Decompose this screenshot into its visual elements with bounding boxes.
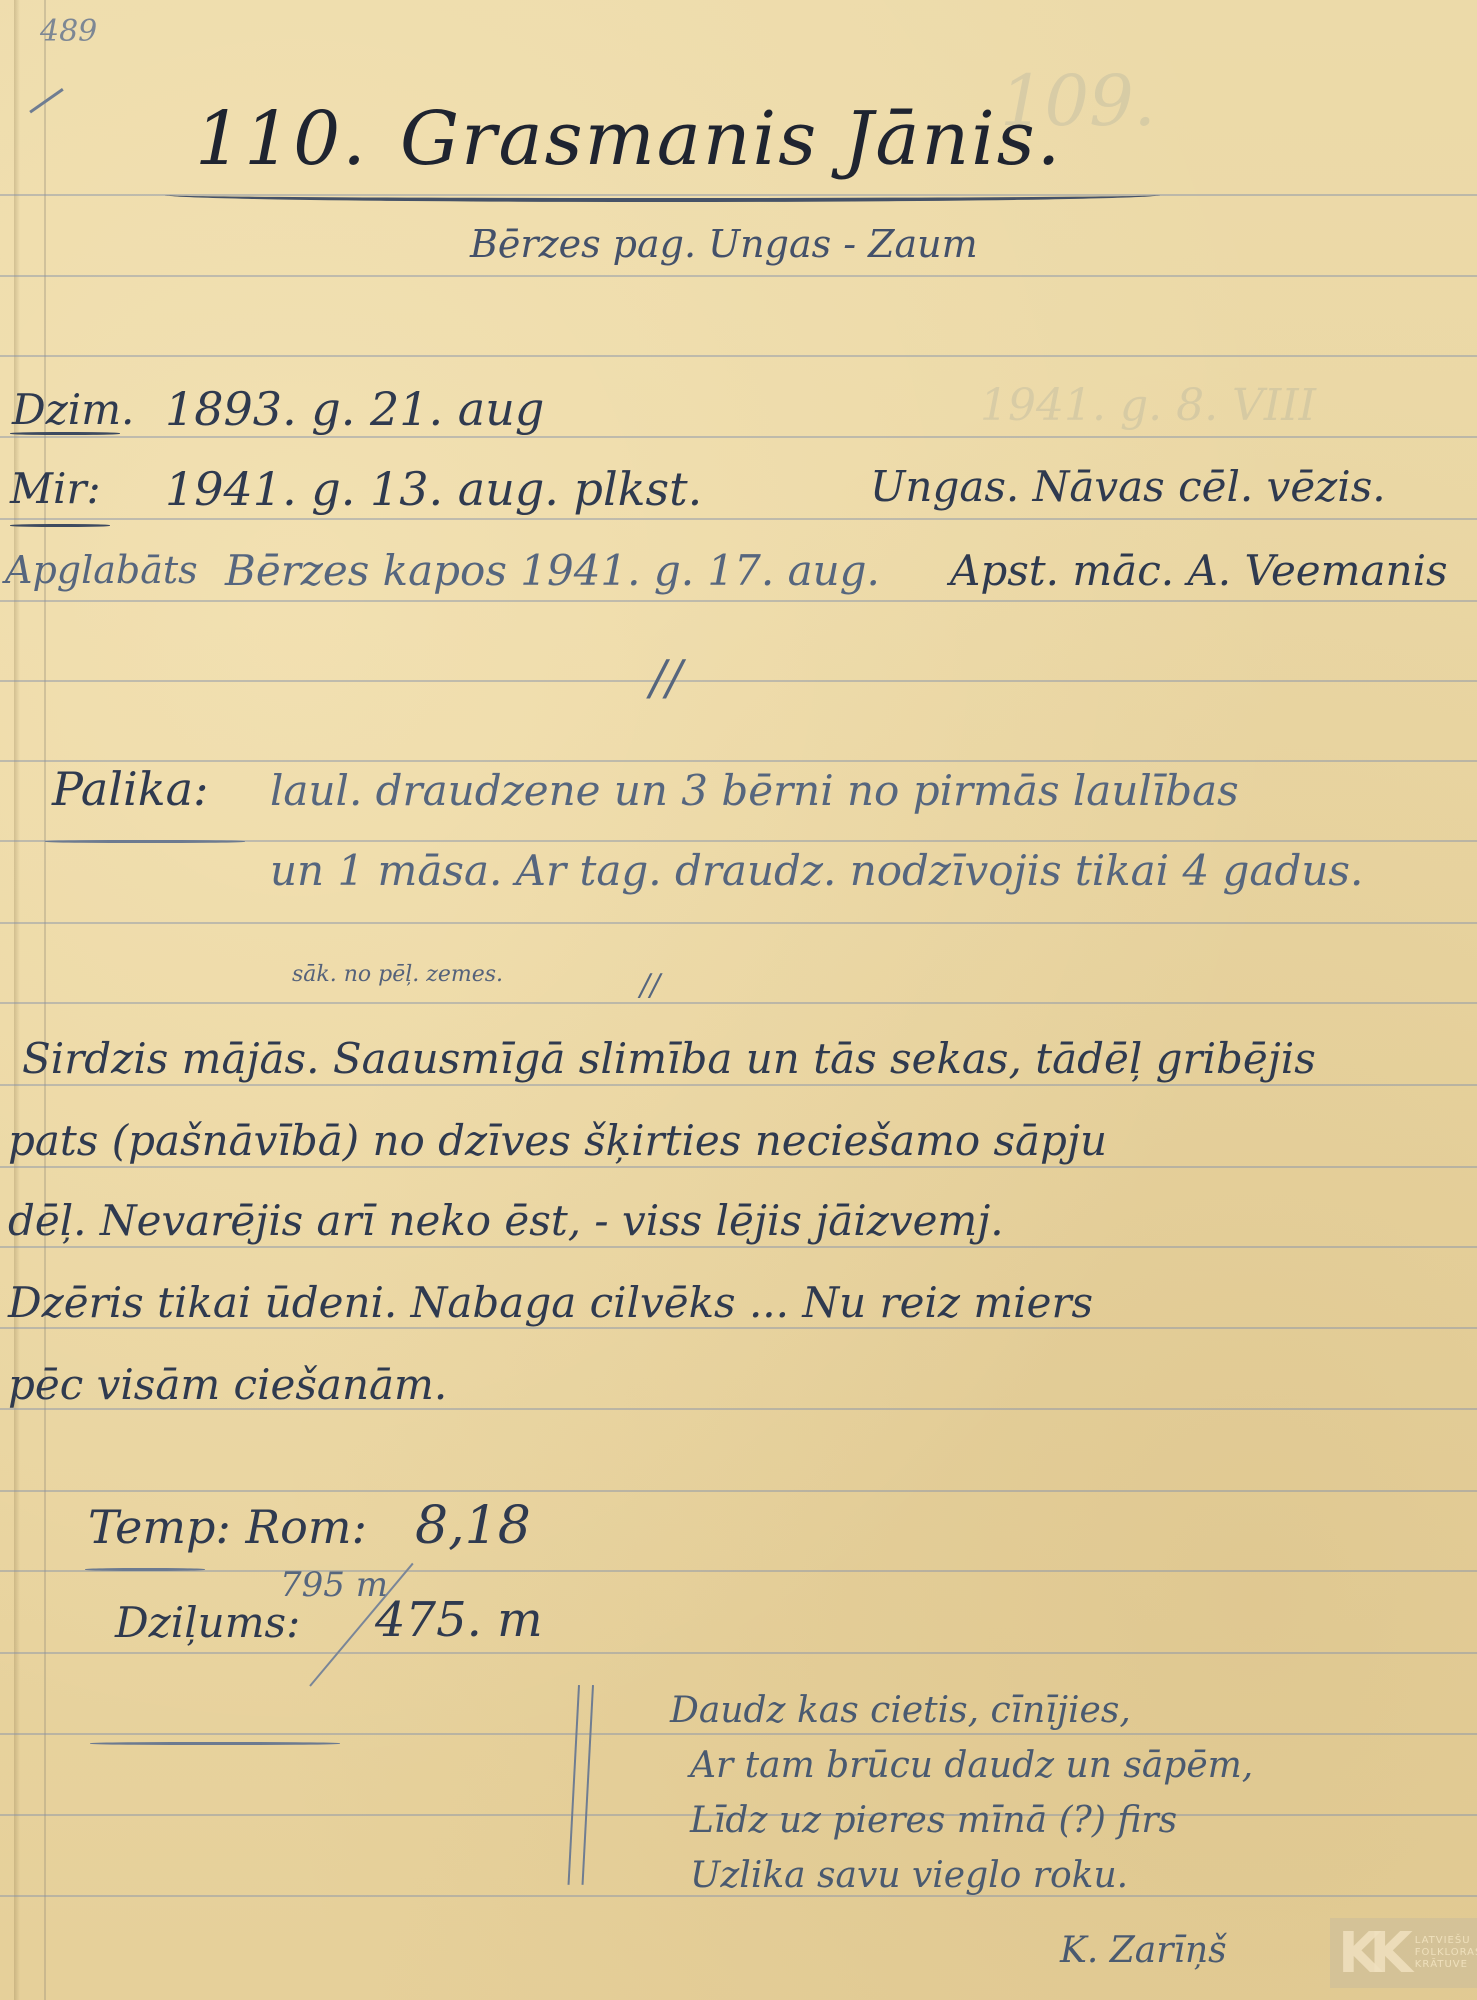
poem-line: Līdz uz pieres mīnā (?) firs	[690, 1800, 1177, 1841]
ruled-line	[0, 1002, 1477, 1004]
ruled-line	[0, 922, 1477, 924]
label-underline	[10, 432, 120, 435]
ruled-line	[0, 600, 1477, 602]
narrative-line: pats (pašnāvībā) no dzīves šķirties neci…	[8, 1116, 1107, 1165]
burial-details: Bērzes kapos 1941. g. 17. aug.	[225, 546, 880, 595]
poem-line: Uzlika savu vieglo roku.	[690, 1855, 1128, 1896]
ruled-line	[0, 680, 1477, 682]
ruled-line	[0, 1246, 1477, 1248]
ruled-line	[0, 1084, 1477, 1086]
entry-name: Grasmanis Jānis.	[400, 96, 1062, 182]
poem-margin-mark	[582, 1685, 594, 1885]
birth-label: Dzim.	[12, 385, 134, 434]
label-underline	[90, 1742, 340, 1745]
archive-name-line: KRĀTUVE	[1415, 1959, 1477, 1971]
label-underline	[85, 1568, 205, 1571]
insertion-note: sāk. no pēļ. zemes.	[292, 962, 503, 987]
ruled-line	[0, 1327, 1477, 1329]
entry-number: 110.	[195, 96, 368, 182]
archive-page: 109. 1941. g. 8. VIII 489 110. Grasmanis…	[0, 0, 1477, 2000]
ruled-line	[0, 355, 1477, 357]
label-underline	[45, 840, 245, 843]
poem-margin-mark	[568, 1685, 580, 1885]
depth-label: Dziļums:	[115, 1598, 300, 1647]
archive-name: LATVIEŠU FOLKLORAS KRĀTUVE	[1415, 1935, 1477, 1971]
ruled-line	[0, 436, 1477, 438]
ruled-line	[0, 1570, 1477, 1572]
section-separator: //	[650, 650, 682, 706]
death-label: Mir:	[10, 464, 101, 513]
ruled-line	[0, 1652, 1477, 1654]
archive-logo-icon: KK	[1338, 1921, 1401, 1986]
poem-signature: K. Zarīņš	[1060, 1930, 1227, 1971]
ruled-line	[0, 760, 1477, 762]
narrative-line: Sirdzis mājās. Saausmīgā slimība un tās …	[22, 1034, 1316, 1083]
survivors-line-2: un 1 māsa. Ar tag. draudz. nodzīvojis ti…	[270, 846, 1363, 895]
ruled-line	[0, 518, 1477, 520]
temperature-label: Temp: Rom:	[88, 1500, 367, 1554]
archive-name-line: FOLKLORAS	[1415, 1947, 1477, 1959]
page-number: 489	[40, 14, 97, 49]
survivors-label: Palika:	[52, 762, 209, 816]
burial-label: Apglabāts	[5, 548, 198, 592]
survivors-line-1: laul. draudzene un 3 bērni no pirmās lau…	[270, 766, 1239, 815]
death-date: 1941. g. 13. aug. plkst.	[165, 462, 702, 516]
archive-name-line: LATVIEŠU	[1415, 1935, 1477, 1947]
poem-line: Ar tam brūcu daudz un sāpēm,	[690, 1745, 1253, 1786]
narrative-line: Dzēris tikai ūdeni. Nabaga cilvēks ... N…	[8, 1278, 1093, 1327]
ruled-line	[0, 1490, 1477, 1492]
ruled-line	[0, 1166, 1477, 1168]
pencil-mark	[29, 88, 63, 113]
narrative-line: pēc visām ciešanām.	[8, 1360, 447, 1409]
birth-date: 1893. g. 21. aug	[165, 382, 544, 436]
archive-watermark: KK LATVIEŠU FOLKLORAS KRĀTUVE	[1330, 1918, 1477, 1988]
insertion-mark: //	[640, 968, 660, 1003]
depth-value: 475. m	[375, 1592, 543, 1648]
location-subtitle: Bērzes pag. Ungas - Zaum	[470, 222, 978, 266]
ruled-line	[0, 275, 1477, 277]
title-underline	[165, 188, 1160, 202]
death-place-cause: Ungas. Nāvas cēl. vēzis.	[870, 462, 1386, 511]
narrative-line: dēļ. Nevarējis arī neko ēst, - viss lēji…	[8, 1196, 1004, 1245]
burial-pastor: Apst. māc. A. Veemanis	[950, 546, 1448, 595]
ruled-line	[0, 1733, 1477, 1735]
temperature-value: 8,18	[415, 1496, 531, 1556]
poem-line: Daudz kas cietis, cīnījies,	[670, 1690, 1131, 1731]
margin-line	[44, 0, 46, 2000]
page-fold-shadow	[14, 0, 20, 2000]
bleed-through-text: 1941. g. 8. VIII	[980, 380, 1316, 431]
label-underline	[10, 524, 110, 527]
